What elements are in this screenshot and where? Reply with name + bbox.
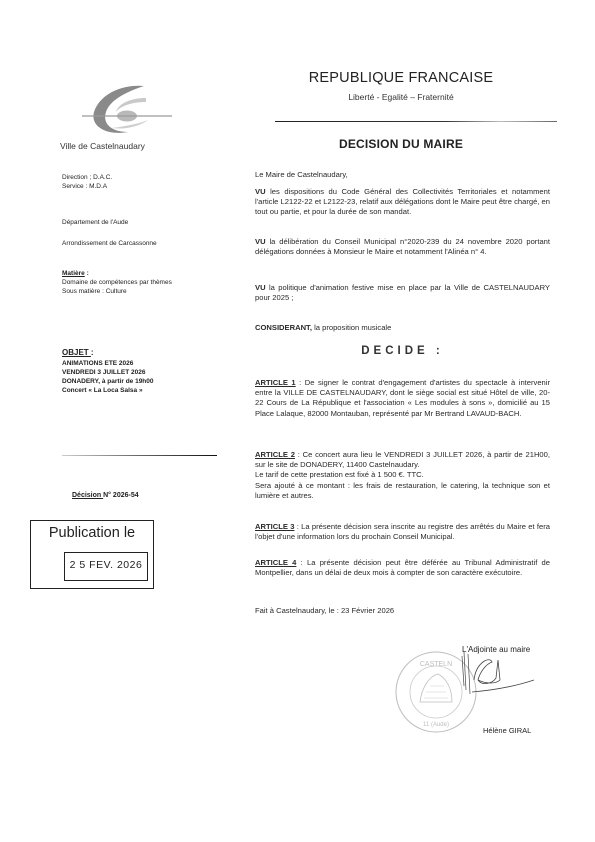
republic-title: REPUBLIQUE FRANCAISE (290, 70, 512, 86)
signatory-name: Hélène GIRAL (483, 726, 531, 735)
article-2: ARTICLE 2 : Ce concert aura lieu le VEND… (255, 450, 550, 501)
considerant-paragraph: CONSIDERANT, la proposition musicale (255, 323, 550, 333)
objet-line: Concert « La Loca Salsa » (62, 386, 154, 395)
article-4: ARTICLE 4 : La présente décision peut êt… (255, 558, 550, 578)
decision-number: Décision N° 2026-54 (72, 492, 139, 499)
departement: Département de l'Aude (62, 218, 128, 227)
objet-block: OBJET : ANIMATIONS ETE 2026 VENDREDI 3 J… (62, 348, 154, 395)
sous-matiere: Sous matière : Culture (62, 287, 172, 296)
vu-paragraph: VU la délibération du Conseil Municipal … (255, 237, 550, 257)
article-2-extras: Sera ajouté à ce montant : les frais de … (255, 481, 550, 501)
vu-paragraph: VU la politique d'animation festive mise… (255, 283, 550, 303)
objet-line: ANIMATIONS ETE 2026 (62, 359, 154, 368)
signatory-role: L'Adjointe au maire (462, 645, 530, 654)
document-title: DECISION DU MAIRE (290, 137, 512, 151)
stamp-date-box: 2 5 FEV. 2026 (64, 552, 148, 581)
stamp-date: 2 5 FEV. 2026 (65, 559, 147, 571)
objet-heading: OBJET : (62, 348, 154, 357)
decide-heading: DECIDE : (255, 345, 550, 357)
article-2-price: Le tarif de cette prestation est fixé à … (255, 470, 550, 480)
matiere-block: Matière : Domaine de compétences par thè… (62, 269, 172, 296)
city-name: Ville de Castelnaudary (60, 141, 145, 151)
signature-icon (456, 650, 536, 700)
direction-block: Direction ; D.A.C. Service : M.D.A (62, 173, 112, 191)
objet-line: DONADERY, à partir de 19h00 (62, 377, 154, 386)
direction: Direction ; D.A.C. (62, 173, 112, 182)
stamp-title: Publication le (31, 525, 153, 541)
publication-stamp: Publication le 2 5 FEV. 2026 (30, 520, 154, 589)
done-at: Fait à Castelnaudary, le : 23 Février 20… (255, 606, 550, 616)
svg-text:11 (Aude): 11 (Aude) (423, 722, 449, 728)
republic-motto: Liberté - Egalité – Fraternité (290, 92, 512, 102)
city-logo (82, 80, 172, 140)
objet-line: VENDREDI 3 JUILLET 2026 (62, 368, 154, 377)
vu-paragraph: VU les dispositions du Code Général des … (255, 187, 550, 218)
svg-text:CASTELN: CASTELN (420, 661, 452, 668)
left-divider (62, 455, 217, 456)
header-divider (275, 121, 557, 122)
article-1: ARTICLE 1 : De signer le contrat d'engag… (255, 378, 550, 419)
matiere-heading: Matière : (62, 269, 172, 278)
intro: Le Maire de Castelnaudary, (255, 170, 550, 180)
service: Service : M.D.A (62, 182, 112, 191)
matiere-domain: Domaine de compétences par thèmes (62, 278, 172, 287)
arrondissement: Arrondissement de Carcassonne (62, 239, 157, 248)
article-3: ARTICLE 3 : La présente décision sera in… (255, 522, 550, 542)
